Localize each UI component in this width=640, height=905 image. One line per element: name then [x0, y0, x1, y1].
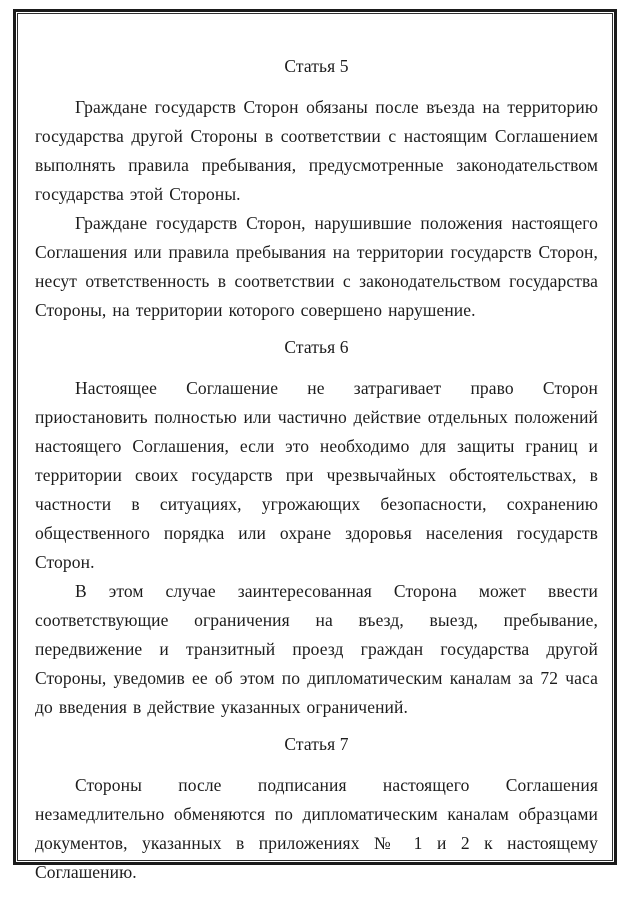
article-paragraph: Стороны после подписания настоящего Согл…	[35, 771, 598, 887]
article-section: Статья 6Настоящее Соглашение не затрагив…	[35, 333, 598, 722]
article-heading: Статья 7	[35, 730, 598, 759]
page-border-frame: Статья 5Граждане государств Сторон обяза…	[13, 9, 617, 865]
article-paragraph: Граждане государств Сторон обязаны после…	[35, 93, 598, 209]
scanned-document-page: { "document": { "language": "ru", "frame…	[0, 0, 640, 905]
document-body: Статья 5Граждане государств Сторон обяза…	[18, 14, 612, 860]
article-section: Статья 5Граждане государств Сторон обяза…	[35, 52, 598, 325]
article-heading: Статья 5	[35, 52, 598, 81]
article-section: Статья 7Стороны после подписания настоящ…	[35, 730, 598, 887]
article-heading: Статья 6	[35, 333, 598, 362]
article-paragraph: Настоящее Соглашение не затрагивает прав…	[35, 374, 598, 577]
article-paragraph: В этом случае заинтересованная Сторона м…	[35, 577, 598, 722]
article-paragraph: Граждане государств Сторон, нарушившие п…	[35, 209, 598, 325]
